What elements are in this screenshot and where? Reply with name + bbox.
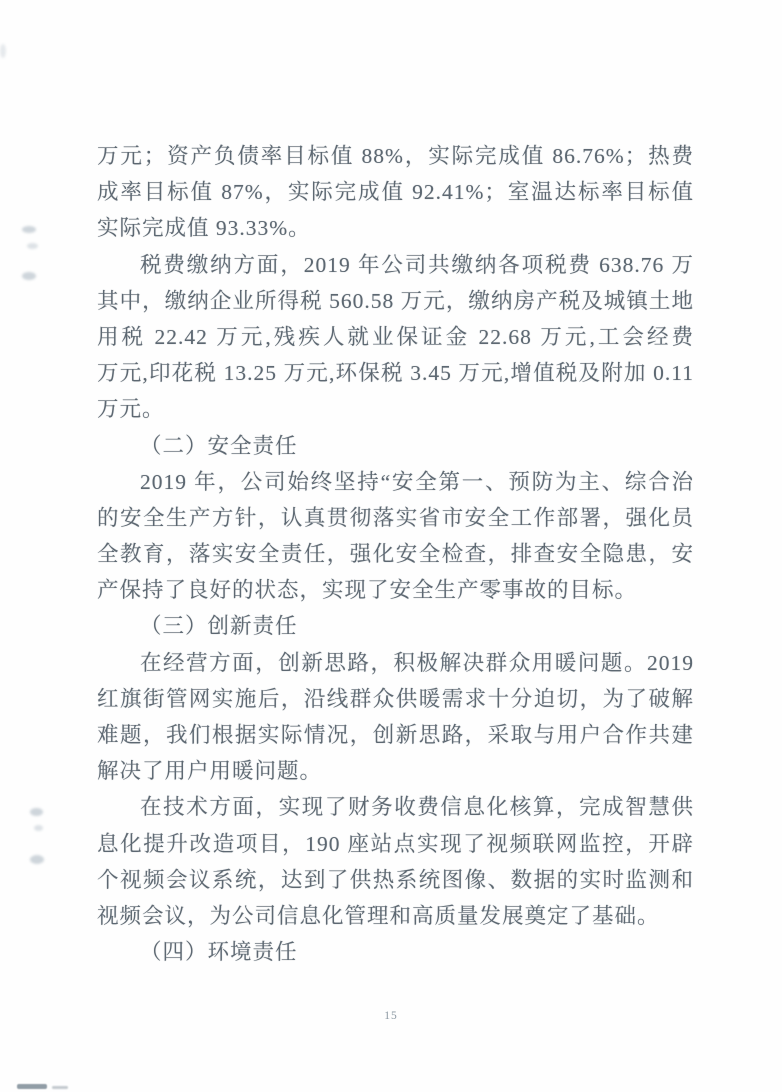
scan-smudge (0, 44, 6, 58)
text-line: 产保持了良好的状态，实现了安全生产零事故的目标。 (97, 572, 694, 608)
text-line: （三）创新责任 (97, 608, 694, 644)
text-line: 税费缴纳方面，2019 年公司共缴纳各项税费 638.76 万元， (97, 247, 694, 283)
text-line: 2019 年，公司始终坚持“安全第一、预防为主、综合治理” (97, 464, 694, 500)
page-number: 15 (377, 1010, 405, 1022)
text-line: 个视频会议系统，达到了供热系统图像、数据的实时监测和远程 (97, 862, 694, 898)
text-line: 的安全生产方针，认真贯彻落实省市安全工作部署，强化员工安 (97, 500, 694, 536)
text-line: 成率目标值 87%，实际完成值 92.41%；室温达标率目标值 91%， (97, 174, 694, 210)
text-line: 视频会议，为公司信息化管理和高质量发展奠定了基础。 (97, 898, 694, 934)
text-line: 万元；资产负债率目标值 88%，实际完成值 86.76%；热费催缴完 (97, 138, 694, 174)
scan-smudge (22, 272, 36, 280)
scan-smudge (52, 1086, 68, 1089)
scan-smudge (34, 825, 43, 831)
text-line: 其中，缴纳企业所得税 560.58 万元，缴纳房产税及城镇土地使 (97, 283, 694, 319)
text-line: 万元,印花税 13.25 万元,环保税 3.45 万元,增值税及附加 0.11 (97, 355, 694, 391)
text-line: 用税 22.42 万元,残疾人就业保证金 22.68 万元,工会经费 16.27 (97, 319, 694, 355)
text-line: 在技术方面，实现了财务收费信息化核算，完成智慧供热信 (97, 789, 694, 825)
text-line: 红旗街管网实施后，沿线群众供暖需求十分迫切，为了破解资金 (97, 681, 694, 717)
document-text: 万元；资产负债率目标值 88%，实际完成值 86.76%；热费催缴完成率目标值 … (97, 138, 694, 970)
text-line: 难题，我们根据实际情况，创新思路，采取与用户合作共建模式， (97, 717, 694, 753)
text-line: 在经营方面，创新思路，积极解决群众用暖问题。2019 年 (97, 645, 694, 681)
text-line: （四）环境责任 (97, 934, 694, 970)
scan-smudge (27, 243, 38, 249)
scan-smudge (17, 1084, 47, 1089)
text-line: 解决了用户用暖问题。 (97, 753, 694, 789)
scan-smudge (22, 226, 36, 233)
text-line: 息化提升改造项目，190 座站点实现了视频联网监控，开辟了 8 (97, 826, 694, 862)
document-page: 万元；资产负债率目标值 88%，实际完成值 86.76%；热费催缴完成率目标值 … (0, 0, 782, 1092)
text-line: 实际完成值 93.33%。 (97, 210, 694, 246)
text-line: （二）安全责任 (97, 428, 694, 464)
text-line: 全教育，落实安全责任，强化安全检查，排查安全隐患，安全生 (97, 536, 694, 572)
scan-smudge (30, 808, 43, 816)
text-line: 万元。 (97, 391, 694, 427)
scan-smudge (30, 855, 44, 864)
